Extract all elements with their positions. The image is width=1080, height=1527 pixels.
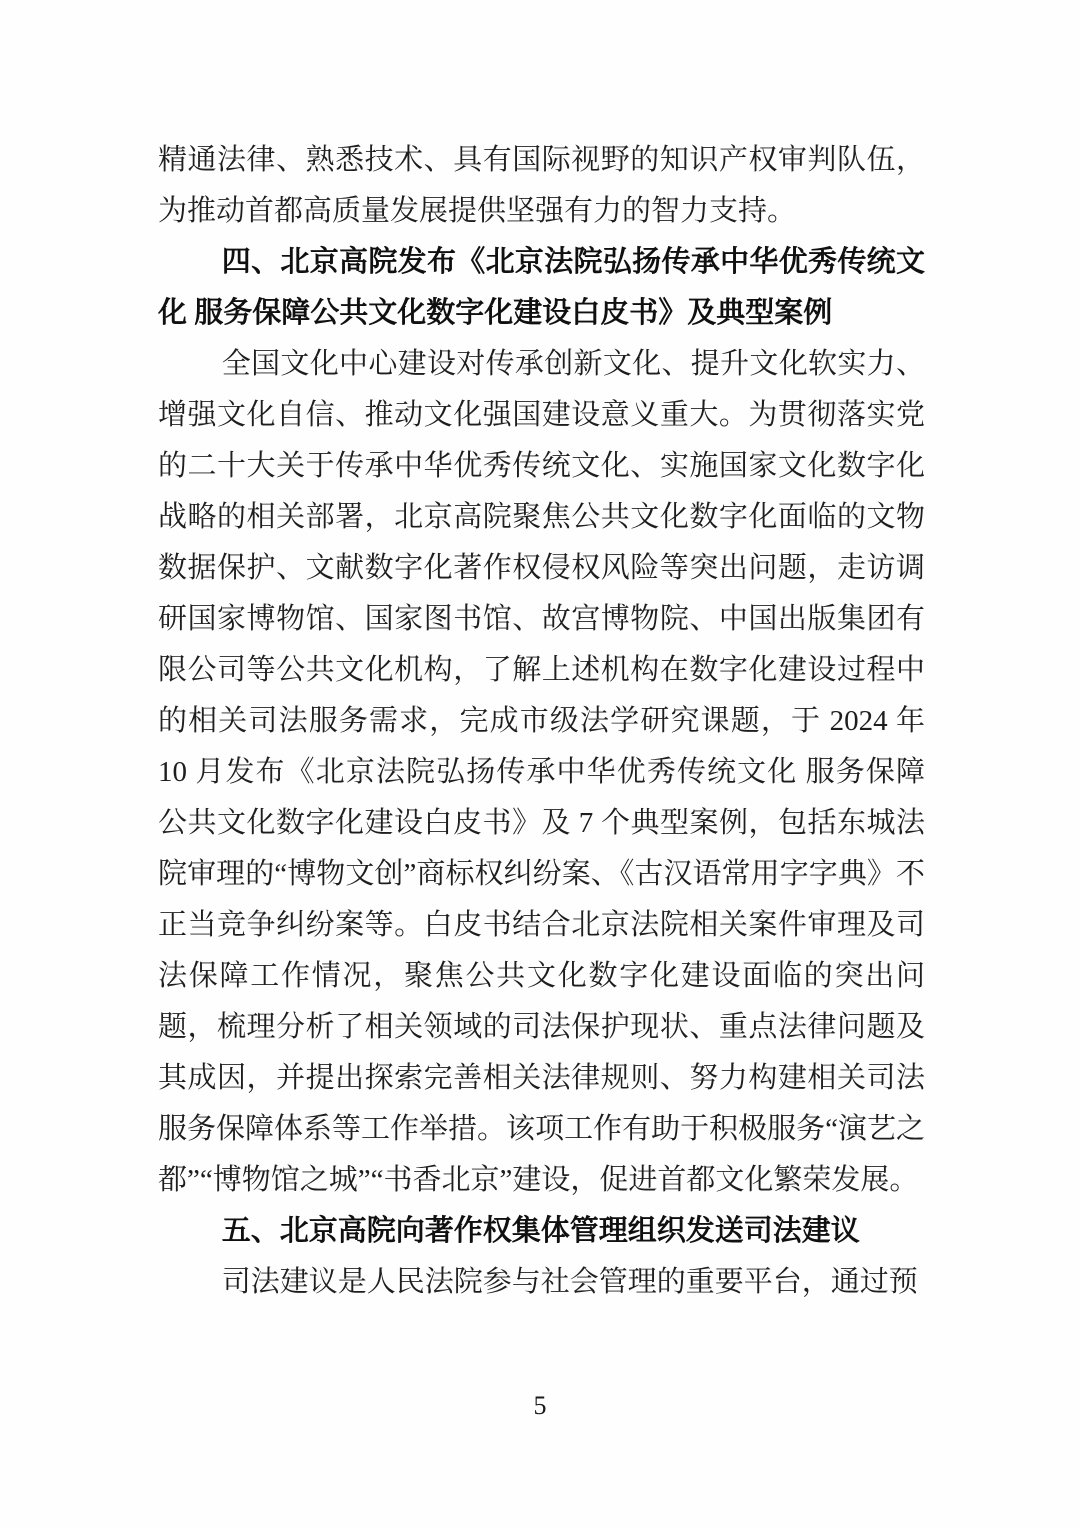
paragraph-section-four: 全国文化中心建设对传承创新文化、提升文化软实力、增强文化自信、推动文化强国建设意… — [158, 339, 925, 1206]
paragraph-section-five: 司法建议是人民法院参与社会管理的重要平台，通过预 — [158, 1257, 925, 1308]
section-heading-four: 四、北京高院发布《北京法院弘扬传承中华优秀传统文化 服务保障公共文化数字化建设白… — [158, 237, 925, 339]
section-heading-five: 五、北京高院向著作权集体管理组织发送司法建议 — [158, 1206, 925, 1257]
page-number: 5 — [0, 1392, 1080, 1420]
paragraph-continuation: 精通法律、熟悉技术、具有国际视野的知识产权审判队伍，为推动首都高质量发展提供坚强… — [158, 135, 925, 237]
page-content: 精通法律、熟悉技术、具有国际视野的知识产权审判队伍，为推动首都高质量发展提供坚强… — [158, 135, 925, 1308]
document-page: 精通法律、熟悉技术、具有国际视野的知识产权审判队伍，为推动首都高质量发展提供坚强… — [0, 0, 1080, 1527]
